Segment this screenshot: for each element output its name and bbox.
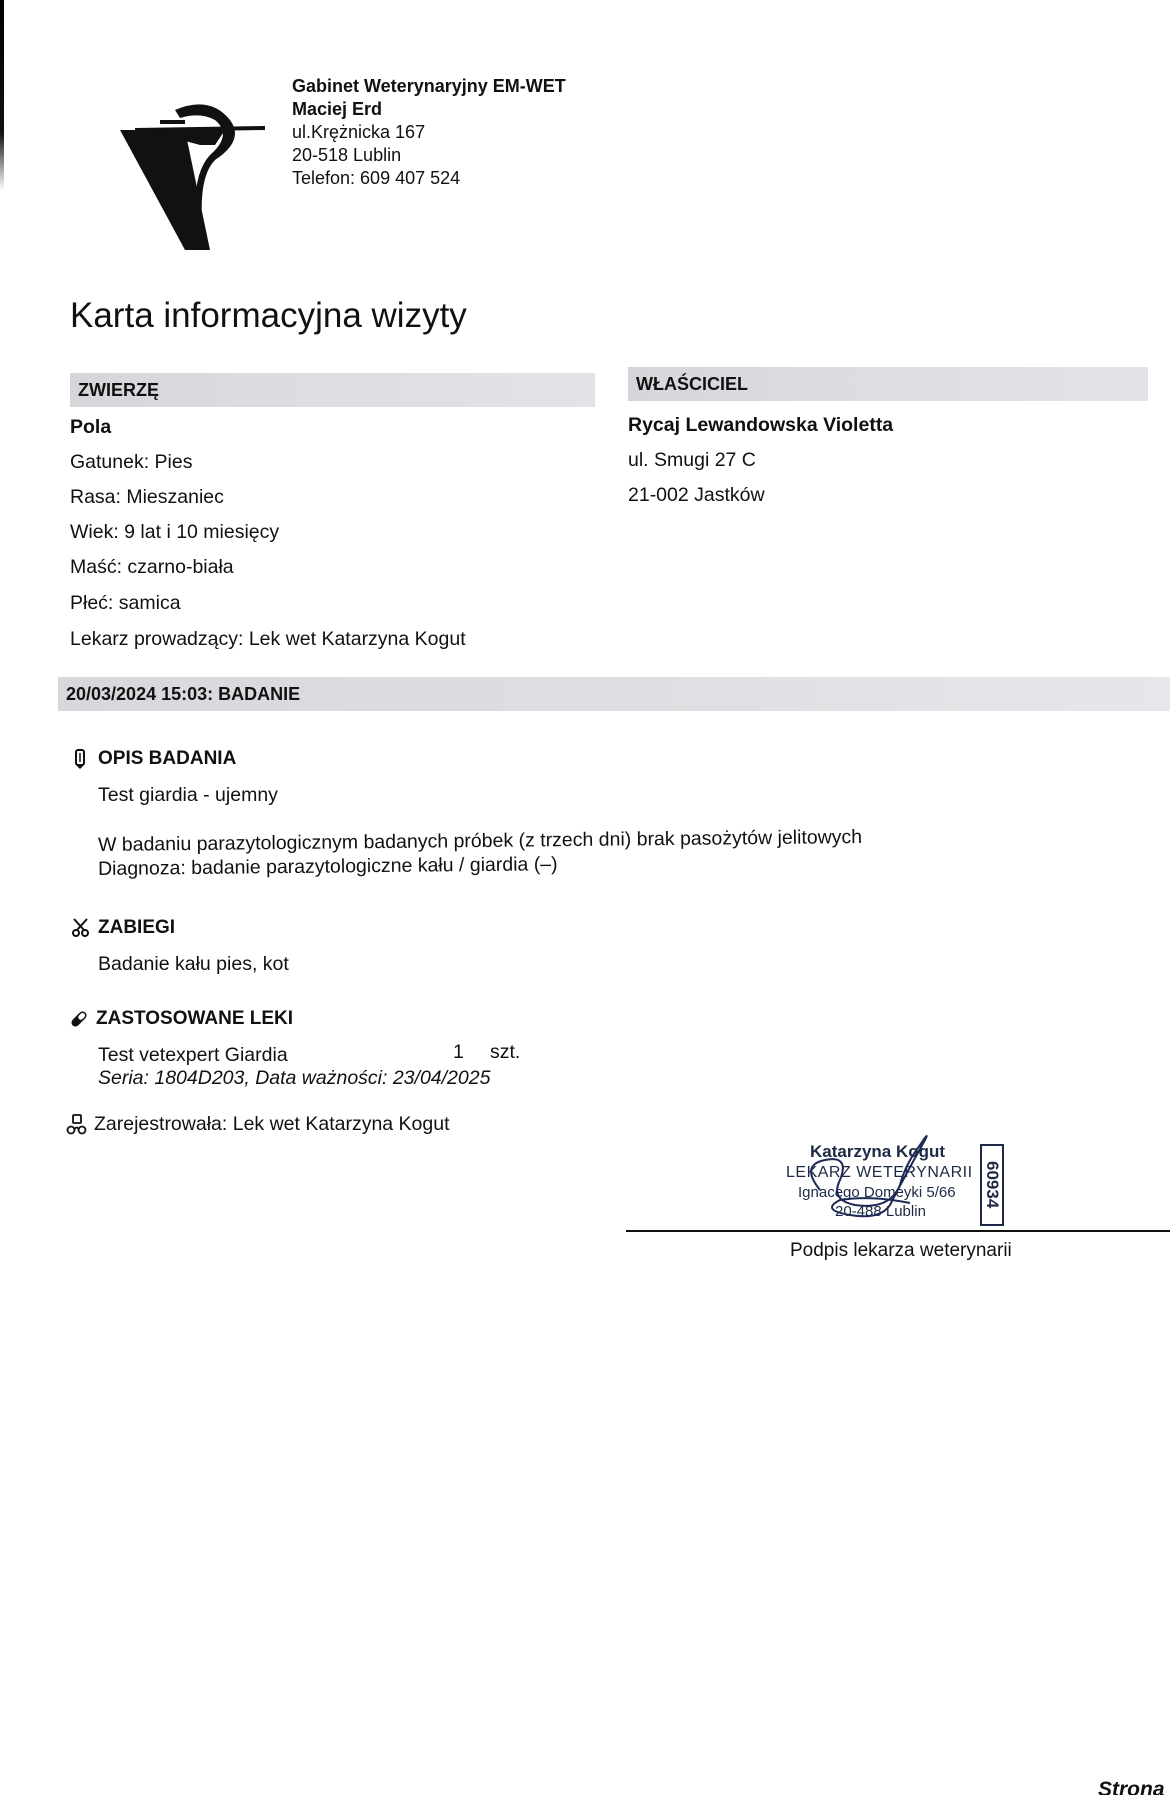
test-tube-icon bbox=[70, 748, 92, 770]
registered-by-text: Zarejestrowała: Lek wet Katarzyna Kogut bbox=[94, 1113, 450, 1136]
visit-header: 20/03/2024 15:03: BADANIE bbox=[58, 677, 1170, 711]
stamp-street: Ignacego Domeyki 5/66 bbox=[798, 1184, 956, 1201]
clinic-owner: Maciej Erd bbox=[292, 98, 566, 121]
animal-breed: Rasa: Mieszaniec bbox=[70, 485, 224, 509]
animal-color: Maść: czarno-biała bbox=[70, 555, 234, 579]
signature-line bbox=[626, 1230, 1170, 1232]
owner-name: Rycaj Lewandowska Violetta bbox=[628, 413, 893, 437]
animal-age: Wiek: 9 lat i 10 miesięcy bbox=[70, 520, 279, 544]
owner-section-header: WŁAŚCICIEL bbox=[628, 367, 1148, 401]
attending-doctor: Lekarz prowadzący: Lek wet Katarzyna Kog… bbox=[70, 627, 466, 651]
signature-caption: Podpis lekarza weterynarii bbox=[790, 1240, 1012, 1262]
procedures-section-title: ZABIEGI bbox=[70, 917, 175, 939]
animal-species: Gatunek: Pies bbox=[70, 450, 192, 474]
pill-icon bbox=[68, 1008, 90, 1030]
clinic-info: Gabinet Weterynaryjny EM-WET Maciej Erd … bbox=[292, 75, 566, 190]
procedure-item: Badanie kału pies, kot bbox=[98, 952, 289, 976]
owner-city: 21-002 Jastków bbox=[628, 483, 765, 507]
animal-name: Pola bbox=[70, 415, 111, 439]
stamp-name: Katarzyna Kogut bbox=[810, 1142, 945, 1162]
drugs-section-title: ZASTOSOWANE LEKI bbox=[68, 1008, 293, 1030]
exam-title: OPIS BADANIA bbox=[98, 748, 236, 770]
registered-by: Zarejestrowała: Lek wet Katarzyna Kogut bbox=[66, 1113, 450, 1136]
scissors-icon bbox=[70, 917, 92, 939]
stamp-title: LEKARZ WETERYNARII bbox=[786, 1164, 973, 1182]
clinic-city: 20-518 Lublin bbox=[292, 144, 566, 167]
clinic-name: Gabinet Weterynaryjny EM-WET bbox=[292, 75, 566, 98]
animal-section-header: ZWIERZĘ bbox=[70, 373, 595, 407]
owner-street: ul. Smugi 27 C bbox=[628, 448, 756, 472]
exam-diagnosis: Diagnoza: badanie parazytologiczne kału … bbox=[98, 852, 558, 881]
stamp-license-number: 60934 bbox=[980, 1144, 1004, 1226]
drug-quantity: 1 bbox=[453, 1040, 464, 1064]
user-doctor-icon bbox=[66, 1114, 88, 1136]
exam-result: Test giardia - ujemny bbox=[98, 783, 278, 807]
exam-section-title: OPIS BADANIA bbox=[70, 748, 236, 770]
page-title: Karta informacyjna wizyty bbox=[70, 296, 467, 336]
stamp-city: 20-488 Lublin bbox=[835, 1203, 926, 1220]
drugs-title: ZASTOSOWANE LEKI bbox=[96, 1008, 293, 1030]
drug-details: Seria: 1804D203, Data ważności: 23/04/20… bbox=[98, 1066, 490, 1090]
veterinary-logo bbox=[115, 100, 275, 260]
scan-edge bbox=[0, 0, 4, 190]
doctor-stamp: Katarzyna Kogut LEKARZ WETERYNARII Ignac… bbox=[780, 1138, 1010, 1228]
page-label: Strona bbox=[1098, 1778, 1165, 1795]
drug-unit: szt. bbox=[490, 1040, 520, 1064]
clinic-phone: Telefon: 609 407 524 bbox=[292, 167, 566, 190]
clinic-street: ul.Krężnicka 167 bbox=[292, 121, 566, 144]
animal-sex: Płeć: samica bbox=[70, 591, 181, 615]
drug-name: Test vetexpert Giardia bbox=[98, 1043, 288, 1067]
procedures-title: ZABIEGI bbox=[98, 917, 175, 939]
